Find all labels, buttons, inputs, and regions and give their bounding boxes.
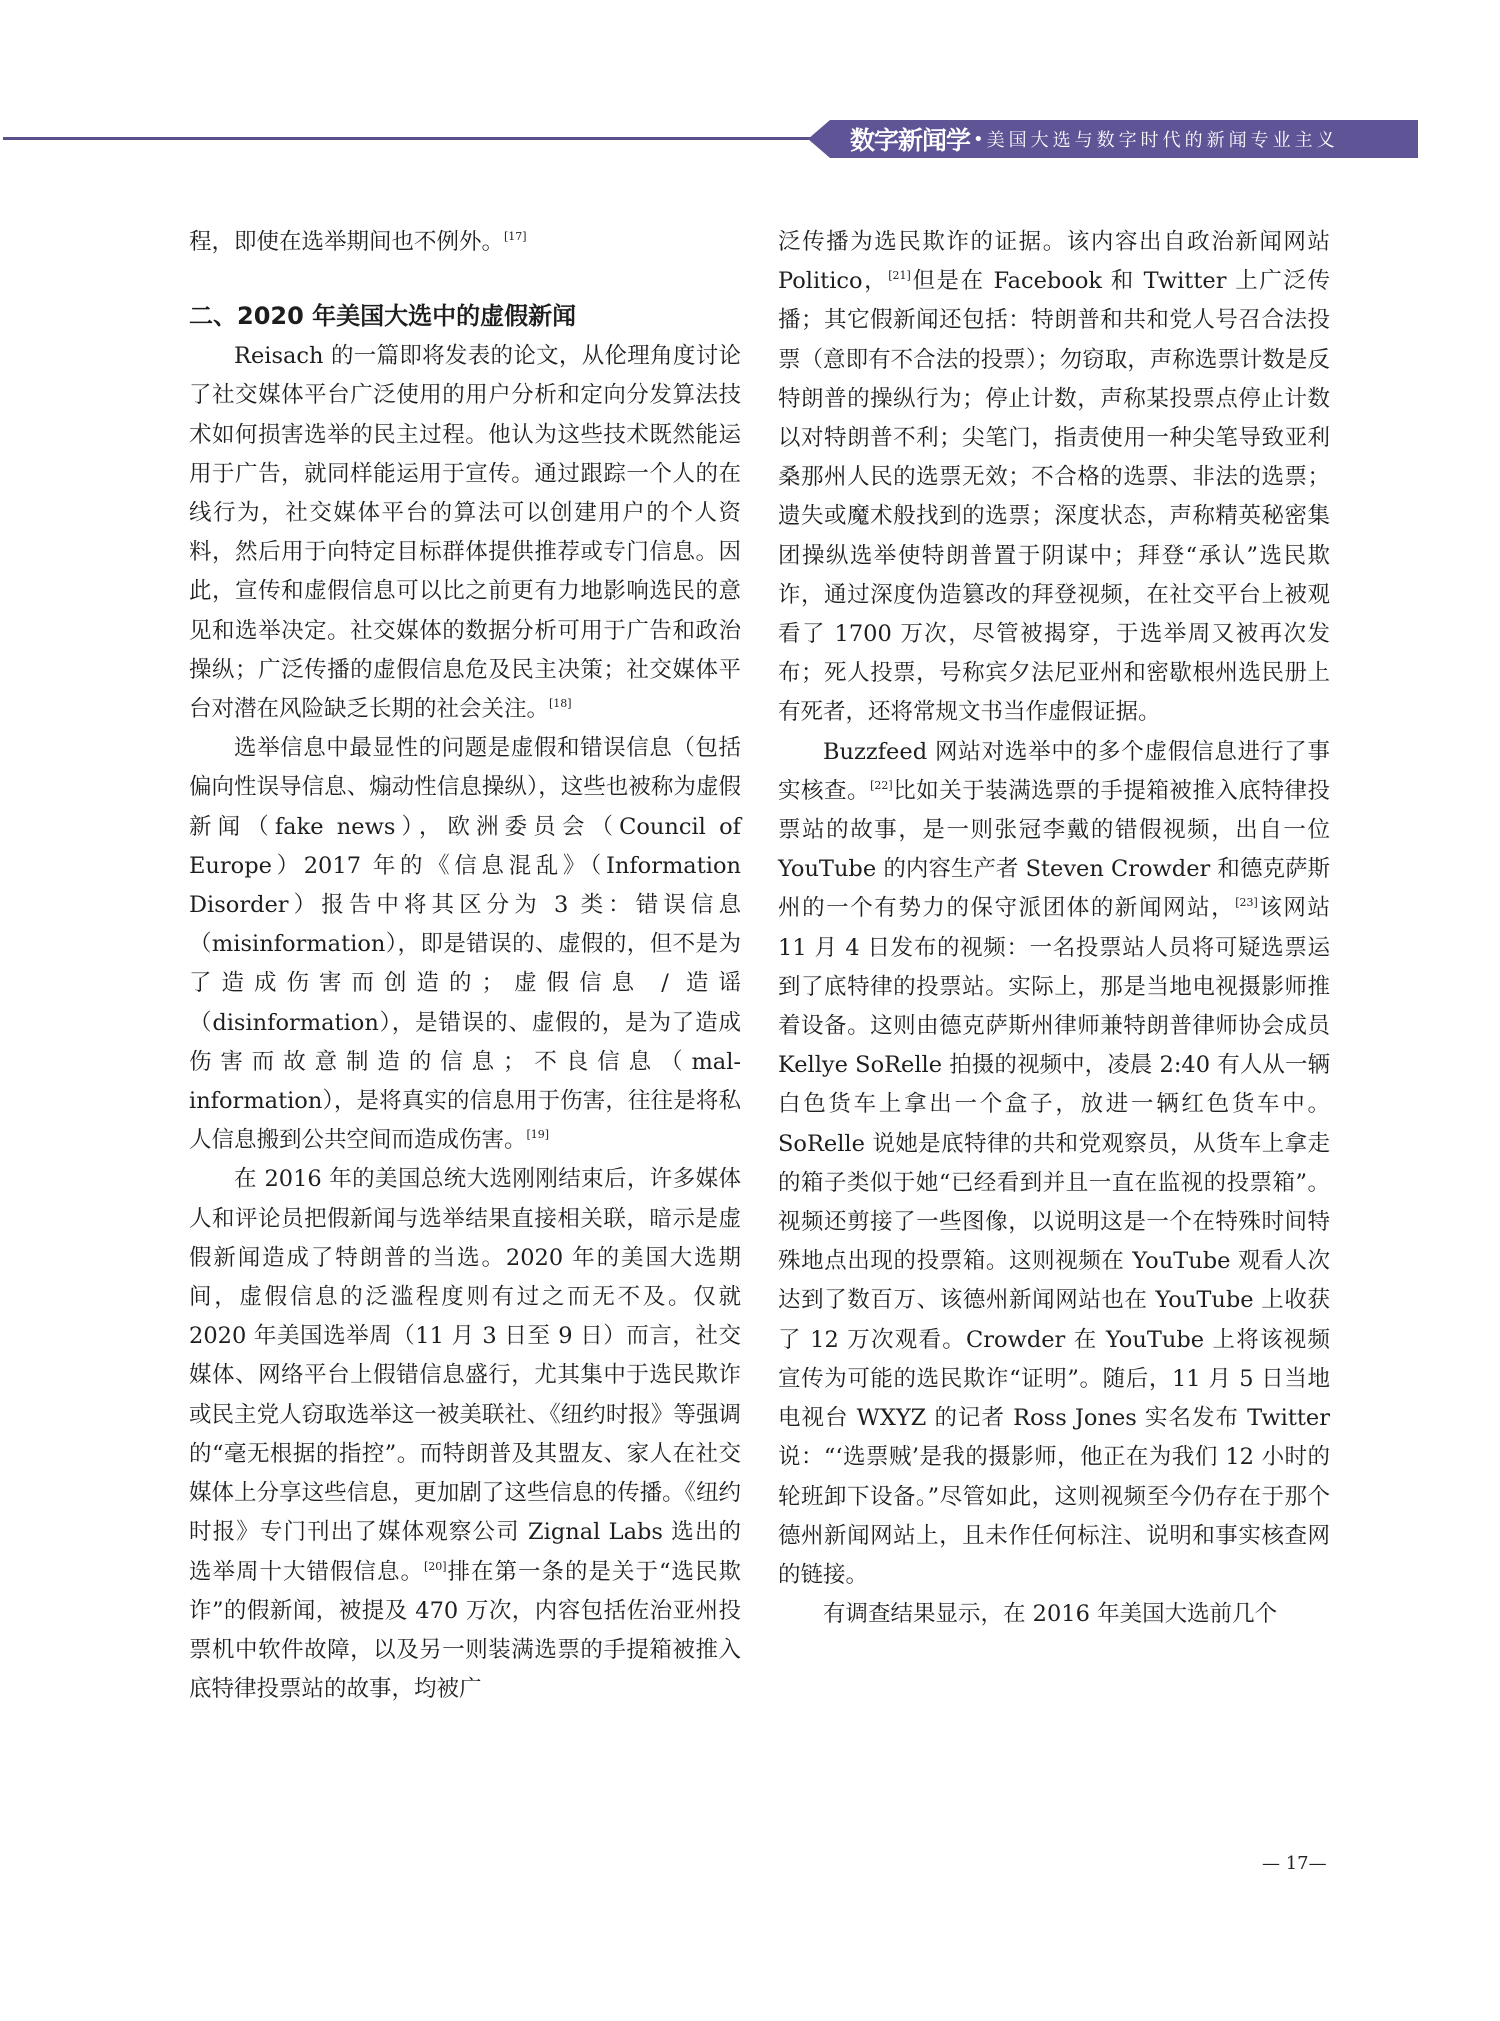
- body-paragraph: Buzzfeed 网站对选举中的多个虚假信息进行了事实核查。[22]比如关于装满…: [778, 733, 1330, 1595]
- body-paragraph: 在 2016 年的美国总统大选刚刚结束后，许多媒体人和评论员把假新闻与选举结果直…: [189, 1160, 741, 1709]
- body-paragraph: 选举信息中最显性的问题是虚假和错误信息（包括偏向性误导信息、煽动性信息操纵），这…: [189, 729, 741, 1160]
- running-article-title: 美国大选与数字时代的新闻专业主义: [987, 126, 1339, 152]
- body-paragraph: 有调查结果显示，在 2016 年美国大选前几个: [778, 1595, 1330, 1634]
- citation-ref: [17]: [504, 230, 527, 243]
- citation-ref: [22]: [870, 779, 893, 792]
- header-rule: [3, 137, 813, 140]
- citation-ref: [18]: [549, 697, 572, 710]
- continuation-paragraph: 泛传播为选民欺诈的证据。该内容出自政治新闻网站 Politico，[21]但是在…: [778, 223, 1330, 733]
- citation-ref: [19]: [527, 1128, 550, 1141]
- header-separator: •: [973, 129, 984, 150]
- body-paragraph: Reisach 的一篇即将发表的论文，从伦理角度讨论了社交媒体平台广泛使用的用户…: [189, 337, 741, 729]
- right-column: 泛传播为选民欺诈的证据。该内容出自政治新闻网站 Politico，[21]但是在…: [778, 223, 1330, 1634]
- page-number: — 17—: [1262, 1853, 1327, 1874]
- citation-ref: [21]: [888, 269, 911, 282]
- journal-section-name: 数字新闻学: [850, 121, 970, 157]
- left-column: 程，即使在选举期间也不例外。[17] 二、2020 年美国大选中的虚假新闻 Re…: [189, 223, 741, 1709]
- citation-ref: [23]: [1235, 896, 1258, 909]
- section-heading: 二、2020 年美国大选中的虚假新闻: [189, 295, 741, 337]
- running-header-banner: 数字新闻学 • 美国大选与数字时代的新闻专业主义: [808, 120, 1418, 158]
- continuation-paragraph: 程，即使在选举期间也不例外。[17]: [189, 223, 741, 262]
- citation-ref: [20]: [424, 1560, 447, 1573]
